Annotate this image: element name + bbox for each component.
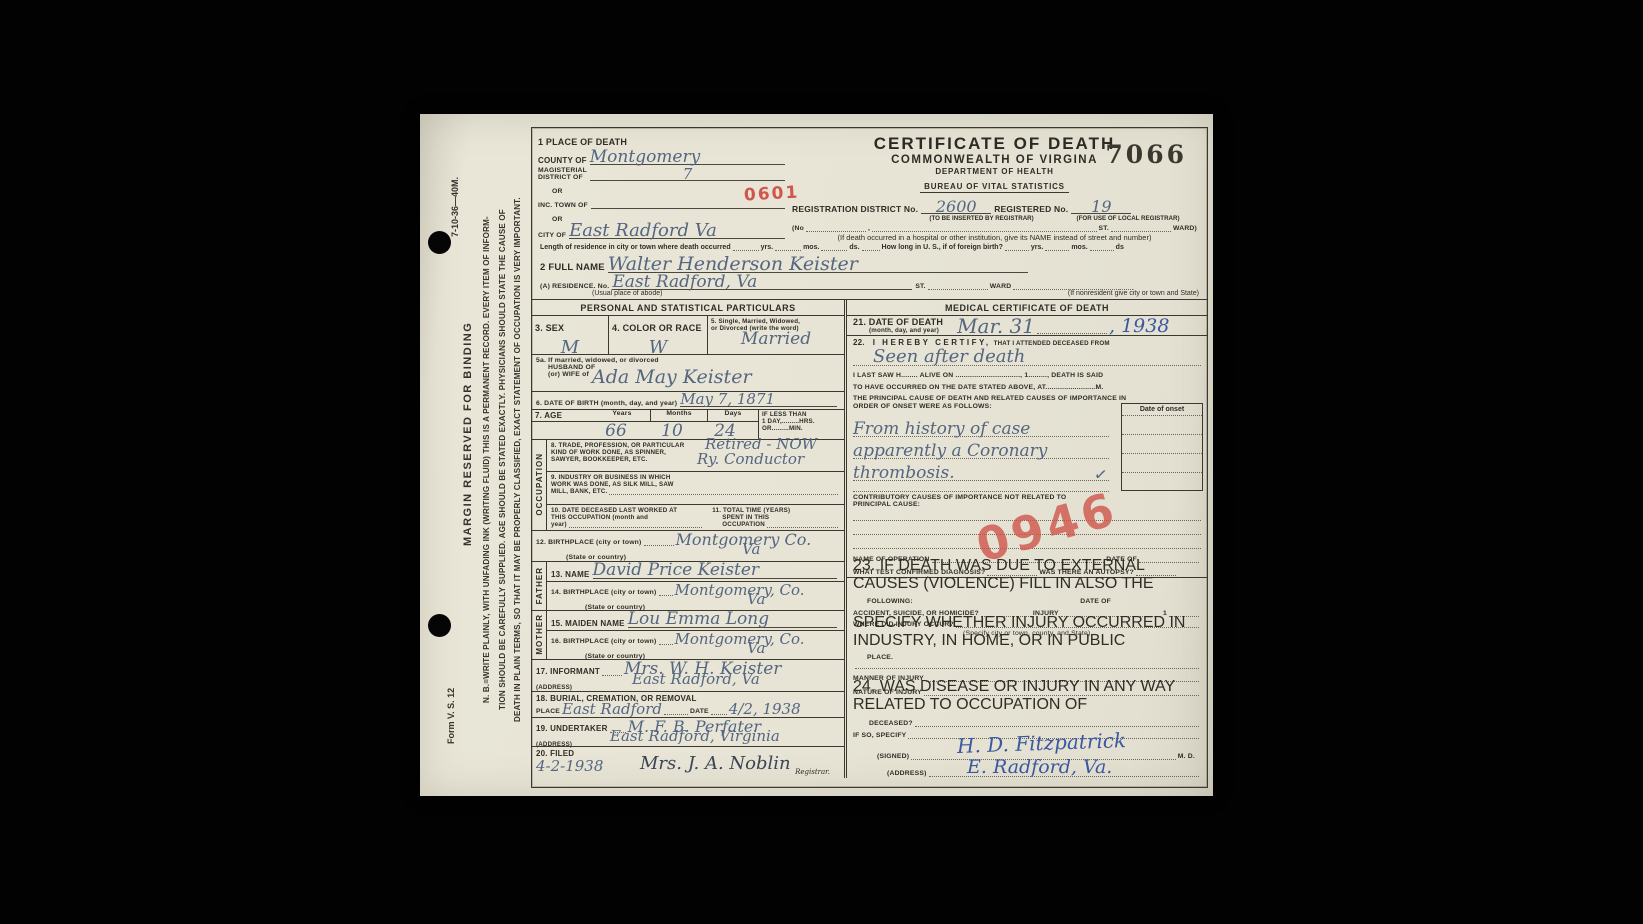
attended-value: Seen after death	[873, 349, 1025, 365]
attended-row: Seen after death	[853, 348, 1201, 366]
birthplace-row: 12. BIRTHPLACE (city or town) Montgomery…	[532, 531, 844, 562]
burial-date-value: 4/2, 1938	[729, 703, 801, 717]
spouse-row: 5a. If married, widowed, or divorced HUS…	[532, 355, 844, 392]
undertaker-row: 19. UNDERTAKER M. F. B. Perfater (ADDRES…	[532, 718, 844, 747]
residence-value: East Radford, Va	[612, 275, 757, 290]
age-years-value: 66	[588, 424, 644, 439]
ds2-label: ds	[1116, 244, 1124, 251]
mother-birthplace-value: Montgomery, Co.	[675, 633, 805, 647]
total-time-label: 11. TOTAL TIME (YEARS)	[712, 507, 840, 514]
death-certificate-page: 7-10-36—40M. MARGIN RESERVED FOR BINDING…	[420, 114, 1213, 796]
length-of-residence-row: Length of residence in city or town wher…	[532, 242, 1207, 251]
residence-label: (A) RESIDENCE. No.	[540, 283, 609, 290]
magisterial-label: MAGISTERIAL	[538, 167, 587, 174]
or-label-2: OR	[552, 216, 563, 223]
date-of-death-year: , 1938	[1109, 318, 1169, 335]
industry-label: 9. INDUSTRY OR BUSINESS IN WHICH	[551, 474, 840, 481]
medical-certificate-column: MEDICAL CERTIFICATE OF DEATH 21. DATE OF…	[847, 300, 1207, 778]
residence-st-label: ST.	[915, 283, 925, 290]
registration-district-value: 2600	[936, 200, 977, 214]
father-name-label: 13. NAME	[551, 570, 590, 579]
date-of-death-label: 21. DATE OF DEATH	[853, 317, 943, 327]
undertaker-label: 19. UNDERTAKER	[536, 724, 608, 733]
street-no-label: (No	[792, 225, 804, 232]
specify-row2: PLACE.	[847, 651, 1207, 661]
birthplace-label: 12. BIRTHPLACE (city or town)	[536, 539, 642, 546]
occupation-related-row2: DECEASED?	[847, 715, 1207, 728]
mos2-label: mos.	[1071, 244, 1087, 251]
certificate-title-block: CERTIFICATE OF DEATH COMMONWEALTH OF VIR…	[788, 132, 1201, 242]
yrs2-label: yrs.	[1031, 244, 1043, 251]
dob-label: 6. DATE OF BIRTH (month, day, and year)	[536, 400, 677, 407]
informant-label: 17. INFORMANT	[536, 667, 600, 676]
filed-row: 20. FILED 4-2-1938 Mrs. J. A. Noblin Reg…	[532, 747, 844, 778]
full-name-value: Walter Henderson Keister	[608, 256, 858, 273]
date-of-death-row: 21. DATE OF DEATH (month, day, and year)…	[847, 316, 1207, 336]
date-of-onset-label: Date of onset	[1122, 404, 1202, 416]
or-label-1: OR	[552, 188, 563, 195]
physician-signature: H. D. Fitzpatrick	[957, 731, 1127, 755]
residence-row: (A) RESIDENCE. No. East Radford, Va ST. …	[532, 274, 1207, 290]
punch-hole-bottom	[428, 614, 451, 637]
city-value: East Radford Va	[569, 223, 717, 239]
external-causes-row: 23. IF DEATH WAS DUE TO EXTERNAL CAUSES …	[847, 580, 1207, 594]
signed-label: (SIGNED)	[877, 753, 909, 760]
street-st-label: ST.	[1099, 225, 1109, 232]
registration-district-label: REGISTRATION DISTRICT No.	[792, 204, 918, 214]
date-of-death-value: Mar. 31	[957, 317, 1035, 335]
date-of-onset-box: Date of onset	[1121, 403, 1203, 491]
birthplace-state-value: Va	[742, 543, 760, 557]
nb-instruction-line-2: TION SHOULD BE CAREFULLY SUPPLIED. AGE S…	[498, 132, 507, 787]
certificate-form: 1 PLACE OF DEATH COUNTY OF Montgomery MA…	[531, 127, 1208, 788]
district-of-label: DISTRICT OF	[538, 174, 587, 181]
street-ward-label: WARD)	[1173, 225, 1197, 232]
external-causes-row2: FOLLOWING: DATE OF	[847, 594, 1207, 605]
informant-address-value: East Radford, Va	[632, 673, 760, 687]
days-label: Days	[707, 410, 758, 421]
county-label: COUNTY OF	[538, 156, 587, 165]
spouse-value: Ada May Keister	[592, 369, 752, 386]
race-value: W	[649, 340, 668, 356]
burial-row: 18. BURIAL, CREMATION, OR REMOVAL PLACE …	[532, 692, 844, 719]
trade-row: 8. TRADE, PROFESSION, OR PARTICULAR KIND…	[547, 440, 844, 473]
father-vertical-label: FATHER	[535, 567, 544, 604]
age-label: 7. AGE	[532, 410, 594, 421]
race-label: 4. COLOR OR RACE	[612, 323, 702, 333]
nb-instruction-line-3: DEATH IN PLAIN TERMS, SO THAT IT MAY BE …	[513, 132, 522, 787]
registrar-caption: Registrar.	[795, 768, 830, 776]
registrar-name-value: Mrs. J. A. Noblin	[640, 753, 791, 774]
signed-address-row: (ADDRESS) E. Radford, Va.	[847, 761, 1207, 778]
hospital-note: (If death occurred in a hospital or othe…	[788, 233, 1201, 242]
father-birthplace-value: Montgomery, Co.	[675, 584, 805, 598]
place-of-death-block: 1 PLACE OF DEATH COUNTY OF Montgomery MA…	[538, 132, 788, 242]
cause-of-death-area: ORDER OF ONSET WERE AS FOLLOWS: Date of …	[847, 403, 1207, 492]
registered-no-label: REGISTERED No.	[994, 204, 1068, 214]
district-value: 7	[683, 168, 693, 182]
if-so-specify-label: IF SO, SPECIFY	[853, 732, 906, 739]
cause-line-2: apparently a Coronary	[853, 444, 1047, 459]
if-less-label: IF LESS THAN	[762, 411, 841, 418]
dob-row: 6. DATE OF BIRTH (month, day, and year) …	[532, 392, 844, 410]
industry-row: 9. INDUSTRY OR BUSINESS IN WHICH WORK WA…	[547, 472, 844, 505]
signed-address-label: (ADDRESS)	[887, 770, 927, 777]
occurred-row: TO HAVE OCCURRED ON THE DATE STATED ABOV…	[847, 380, 1207, 392]
burial-place-value: East Radford	[562, 703, 662, 717]
full-name-row: 2 FULL NAME Walter Henderson Keister	[532, 251, 1207, 274]
punch-hole-top	[428, 231, 451, 254]
last-worked-label: 10. DATE DECEASED LAST WORKED AT	[551, 507, 704, 514]
contributory-label: CONTRIBUTORY CAUSES OF IMPORTANCE NOT RE…	[853, 494, 1201, 501]
physician-address: E. Radford, Va.	[967, 759, 1112, 776]
nb-instruction-line-1: N. B.=WRITE PLAINLY, WITH UNFADING INK (…	[482, 132, 491, 787]
nonresident-note: (If nonresident give city or town and St…	[1068, 290, 1199, 297]
filed-date-value: 4-2-1938	[536, 757, 603, 775]
place-of-death-label: 1 PLACE OF DEATH	[538, 137, 627, 147]
dob-value: May 7, 1871	[680, 393, 775, 407]
father-birthplace-label: 14. BIRTHPLACE (city or town)	[551, 589, 657, 596]
cause-line-3: thrombosis.	[853, 466, 955, 481]
personal-section-title: PERSONAL AND STATISTICAL PARTICULARS	[532, 300, 844, 316]
principal-cause-line1: THE PRINCIPAL CAUSE OF DEATH AND RELATED…	[847, 392, 1207, 403]
last-saw-row: I LAST SAW H........ ALIVE ON ..........…	[847, 366, 1207, 379]
mother-birthplace-state: Va	[747, 642, 765, 656]
sex-label: 3. SEX	[535, 323, 564, 333]
father-birthplace-state: Va	[747, 593, 765, 607]
cause-line-1: From history of case	[853, 422, 1030, 437]
burial-place-label: PLACE	[536, 708, 560, 715]
md-label: M. D.	[1178, 753, 1195, 760]
mother-birthplace-label: 16. BIRTHPLACE (city or town)	[551, 638, 657, 645]
registrar-insert-note: (TO BE INSERTED BY REGISTRAR)	[929, 215, 1033, 222]
mother-vertical-label: MOTHER	[535, 614, 544, 655]
personal-particulars-column: PERSONAL AND STATISTICAL PARTICULARS 3. …	[532, 300, 847, 778]
spouse-label: 5a. If married, widowed, or divorced	[536, 357, 840, 364]
length-of-residence-label: Length of residence in city or town wher…	[540, 244, 731, 251]
age-months-value: 10	[644, 424, 700, 439]
burial-date-label: DATE	[690, 708, 709, 715]
mos-label: mos.	[803, 244, 819, 251]
months-label: Months	[650, 410, 707, 421]
city-label: CITY OF	[538, 232, 566, 239]
mother-group: MOTHER 15. MAIDEN NAME Lou Emma Long 16.…	[532, 611, 844, 660]
trade-value-1: Retired - NOW	[705, 438, 817, 452]
yrs-label: yrs.	[761, 244, 773, 251]
marital-label: 5. Single, Married, Widowed,	[711, 318, 841, 325]
father-group: FATHER 13. NAME David Price Keister 14. …	[532, 562, 844, 611]
print-run-code: 7-10-36—40M.	[450, 142, 460, 272]
father-name-value: David Price Keister	[593, 563, 760, 578]
mother-name-label: 15. MAIDEN NAME	[551, 619, 625, 628]
occupation-group: OCCUPATION 8. TRADE, PROFESSION, OR PART…	[532, 440, 844, 531]
binding-margin-notice: MARGIN RESERVED FOR BINDING	[462, 294, 474, 574]
specify-row1: SPECIFY WHETHER INJURY OCCURRED IN INDUS…	[847, 638, 1207, 651]
sex-value: M	[561, 340, 579, 356]
registered-no-value: 19	[1091, 200, 1111, 214]
county-value: Montgomery	[590, 150, 700, 165]
informant-row: 17. INFORMANT Mrs. W. H. Keister (ADDRES…	[532, 660, 844, 692]
last-worked-row: 10. DATE DECEASED LAST WORKED AT THIS OC…	[547, 505, 844, 530]
ds-label: ds.	[849, 244, 859, 251]
abode-note: (Usual place of abode)	[592, 290, 662, 297]
undertaker-address-value: East Radford, Virginia	[610, 730, 780, 744]
certificate-number-stamp: 7066	[1105, 140, 1187, 169]
contributory-area: CONTRIBUTORY CAUSES OF IMPORTANCE NOT RE…	[847, 492, 1207, 549]
trade-value-2: Ry. Conductor	[697, 453, 804, 467]
informant-address-label: (ADDRESS)	[536, 684, 572, 691]
occupation-related-row: 24. WAS DISEASE OR INJURY IN ANY WAY REL…	[847, 697, 1207, 715]
father-name-row: 13. NAME David Price Keister	[547, 562, 844, 582]
years-label: Years	[594, 410, 650, 421]
father-birthplace-row: 14. BIRTHPLACE (city or town) Montgomery…	[547, 582, 844, 617]
certify-number: 22.	[853, 338, 865, 347]
bureau-line: BUREAU OF VITAL STATISTICS	[920, 182, 1069, 193]
full-name-label: 2 FULL NAME	[540, 262, 605, 273]
scanned-document-viewer: 7-10-36—40M. MARGIN RESERVED FOR BINDING…	[0, 0, 1643, 924]
residence-ward-label: WARD	[990, 283, 1012, 290]
inc-town-label: INC. TOWN OF	[538, 202, 588, 209]
local-registrar-note: (FOR USE OF LOCAL REGISTRAR)	[1077, 215, 1180, 222]
marital-value: Married	[741, 332, 811, 347]
foreign-birth-label: How long in U. S., if of foreign birth?	[882, 244, 1003, 251]
form-number: Form V. S. 12	[446, 676, 456, 756]
injury-date-label: DATE OF	[1080, 598, 1111, 605]
occupation-vertical-label: OCCUPATION	[535, 453, 544, 516]
